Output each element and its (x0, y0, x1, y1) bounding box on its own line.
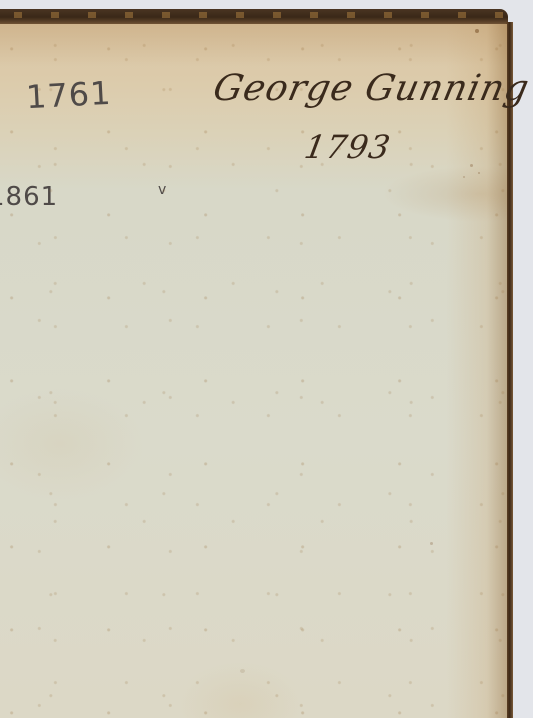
book-cover-right-edge (506, 22, 513, 718)
owner-year: 1793 (302, 128, 394, 166)
pencil-check-mark: v (158, 182, 167, 198)
pencil-note-1861: 1861 (0, 182, 58, 212)
foxing-spot (470, 164, 473, 167)
ink-dot (475, 29, 479, 33)
foxing-spot (240, 669, 245, 673)
endpaper-page: George Gunning 1793 1761 1861 v (0, 24, 507, 718)
foxing-spot (478, 172, 480, 174)
foxing-spot (463, 176, 465, 178)
pencil-note-1761: 1761 (25, 74, 112, 116)
foxing-spot (430, 542, 433, 545)
owner-signature: George Gunning (210, 68, 533, 109)
